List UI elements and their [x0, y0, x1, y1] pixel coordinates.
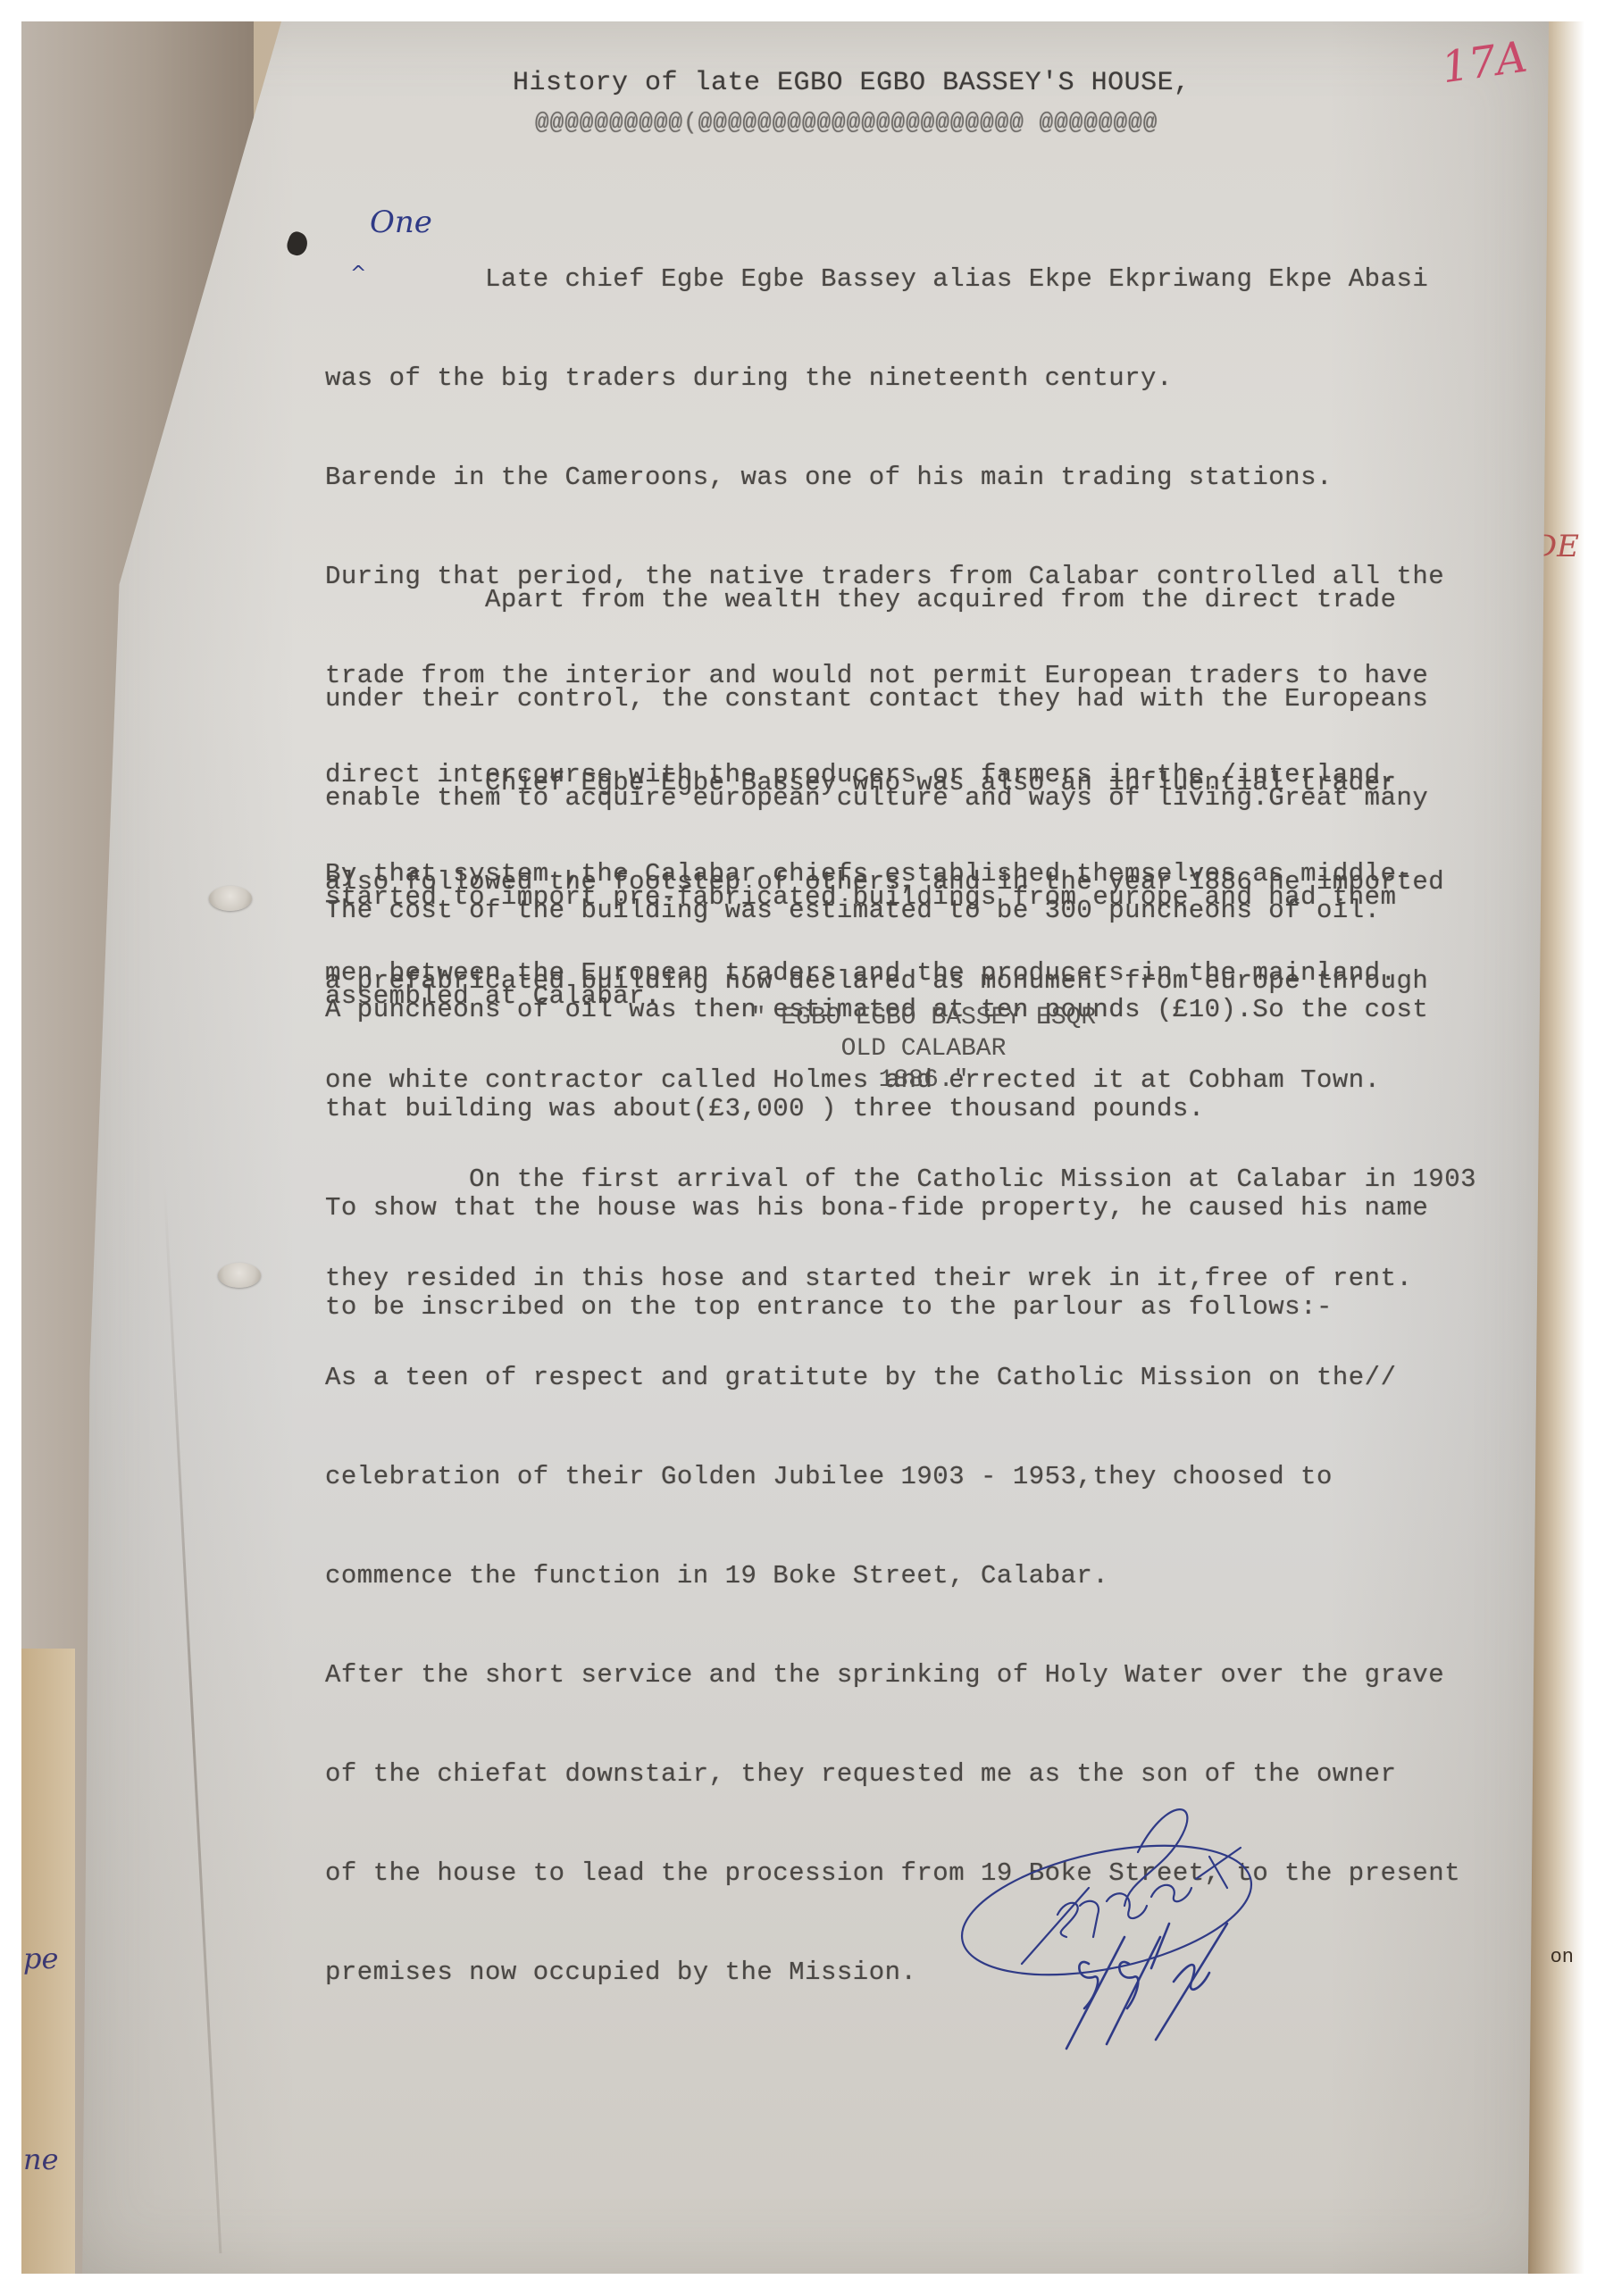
document-title: History of late EGBO EGBO BASSEY'S HOUSE…: [513, 68, 1191, 98]
punch-hole: [218, 1263, 261, 1288]
right-margin-typed-fragment: on: [1551, 1946, 1574, 1968]
inscription-line: " EGBO EGBO BASSEY ESQR: [647, 1002, 1200, 1033]
text-line: was of the big traders during the ninete…: [325, 362, 1444, 395]
title-underline-overtype: @@@@@@@@@@(@@@@@@@@@@@@@@@@@@@@@@ @@@@@@…: [535, 109, 1158, 136]
text-line: Apart from the wealtH they acquired from…: [325, 583, 1428, 616]
inscription-line: OLD CALABAR: [647, 1033, 1200, 1065]
inscription-line: 1886.": [647, 1065, 1200, 1096]
paper-crease: [163, 1183, 222, 2254]
text-line: Barende in the Cameroons, was one of his…: [325, 461, 1444, 494]
text-line: Late chief Egbe Egbe Bassey alias Ekpe E…: [325, 263, 1444, 296]
left-margin-handwriting: pe: [23, 1941, 58, 1975]
ink-blot: [284, 230, 311, 258]
punch-hole: [209, 886, 252, 911]
text-line: On the first arrival of the Catholic Mis…: [325, 1163, 1476, 1196]
left-margin-handwriting: ne: [23, 2142, 59, 2176]
folio-number: 17A: [1439, 32, 1531, 94]
signature-with-date: [932, 1781, 1290, 2066]
text-line: they resided in this hose and started th…: [325, 1262, 1476, 1295]
text-line: After the short service and the sprinkin…: [325, 1658, 1476, 1691]
paragraph-5: On the first arrival of the Catholic Mis…: [325, 1097, 1476, 2055]
typed-page: History of late EGBO EGBO BASSEY'S HOUSE…: [75, 21, 1549, 2274]
text-line: The cost of the building was estimated t…: [325, 894, 1428, 927]
house-inscription: " EGBO EGBO BASSEY ESQR OLD CALABAR 1886…: [647, 1002, 1200, 1096]
text-line: celebration of their Golden Jubilee 1903…: [325, 1460, 1476, 1493]
text-line: of the house to lead the procession from…: [325, 1857, 1476, 1890]
text-line: As a teen of respect and gratitute by th…: [325, 1361, 1476, 1394]
text-line: Chief Egbe Egbe Bassey who was also an i…: [325, 766, 1444, 799]
text-line: of the chiefat downstair, they requested…: [325, 1757, 1476, 1791]
text-line: premises now occupied by the Mission.: [325, 1956, 1476, 1989]
document-scan: pe ne DE on History of late EGBO EGBO BA…: [21, 21, 1584, 2274]
text-line: commence the function in 19 Boke Street,…: [325, 1559, 1476, 1592]
